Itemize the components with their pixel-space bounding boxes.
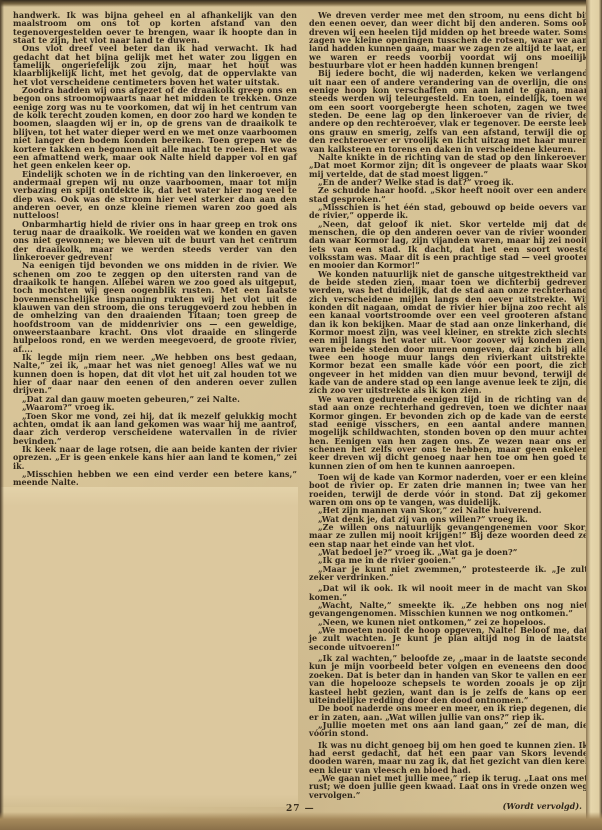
paragraph: „Ze willen ons natuurlijk gevangengeneme… (309, 523, 588, 548)
scan-edge-left (0, 0, 4, 830)
page-curl-edge-right (586, 0, 602, 830)
paragraph: We waren gedurende eenigen tijd in de ri… (309, 395, 588, 470)
paragraph: Ik legde mijn riem neer. „We hebben ons … (13, 353, 297, 395)
paragraph: „We moeten nooit de hoop opgeven, Nalte!… (309, 626, 588, 651)
paragraph: „Toen Skor me vond, zei hij, dat ik meze… (13, 412, 297, 445)
paragraph: „Misschien is het één stad, gebouwd op b… (309, 203, 588, 220)
paragraph: Zoodra hadden wij ons afgezet of de draa… (13, 86, 297, 169)
paragraph: Ons vlot dreef veel beter dan ik had ver… (13, 44, 297, 86)
scan-edge-bottom (0, 812, 602, 830)
paragraph: Ze schudde haar hoofd. „Skor heeft nooit… (309, 186, 588, 203)
paragraph: Toen wij de kade van Kormor naderden, vo… (309, 473, 588, 506)
paragraph: „Maar je kunt niet zwemmen,” protesteerd… (309, 565, 588, 582)
paragraph: „Dat wil ik ook. Ik wil nooit meer in de… (309, 584, 588, 601)
paragraph: „Misschien hebben we een eind verder een… (13, 470, 297, 487)
text-column-left: handwerk. Ik was bijna geheel en al afha… (13, 11, 297, 487)
paragraph: Nalte knikte in de richting van de stad … (309, 153, 588, 178)
paragraph: De boot naderde ons meer en meer, en ik … (309, 704, 588, 721)
paragraph: Eindelijk schoten we in de richting van … (13, 170, 297, 220)
paragraph: We dreven verder mee met den stroom, nu … (309, 11, 588, 69)
paragraph: „Wacht, Nalte,” smeekte ik. „Ze hebben o… (309, 601, 588, 618)
paragraph: Ik keek naar de lage rotsen, die aan bei… (13, 445, 297, 470)
text-column-right: We dreven verder mee met den stroom, nu … (309, 11, 588, 810)
paragraph: „Ik zal wachten,” beloofde ze, „maar in … (309, 654, 588, 704)
paragraph: handwerk. Ik was bijna geheel en al afha… (13, 11, 297, 44)
paragraph: „Jullie moeten met ons aan land gaan,” z… (309, 721, 588, 738)
paragraph: Na eenigen tijd bevonden we ons midden i… (13, 261, 297, 353)
paragraph: Onbarmhartig hield de rivier ons in haar… (13, 220, 297, 262)
scanned-page: handwerk. Ik was bijna geheel en al afha… (0, 0, 602, 830)
paragraph: „Neen, dat geloof ik niet. Skor vertelde… (309, 220, 588, 270)
paragraph: „We gaan niet met jullie mee,” riep ik t… (309, 774, 588, 799)
continuation-note: (Wordt vervolgd). (309, 802, 588, 810)
paragraph: We konden natuurlijk niet de gansche uit… (309, 270, 588, 395)
paragraph: Ik was nu dicht genoeg bij om hen goed t… (309, 741, 588, 774)
scan-edge-top (0, 0, 602, 7)
paragraph: Bij iedere bocht, die wij naderden, keke… (309, 69, 588, 152)
blank-paper-area (0, 487, 298, 807)
